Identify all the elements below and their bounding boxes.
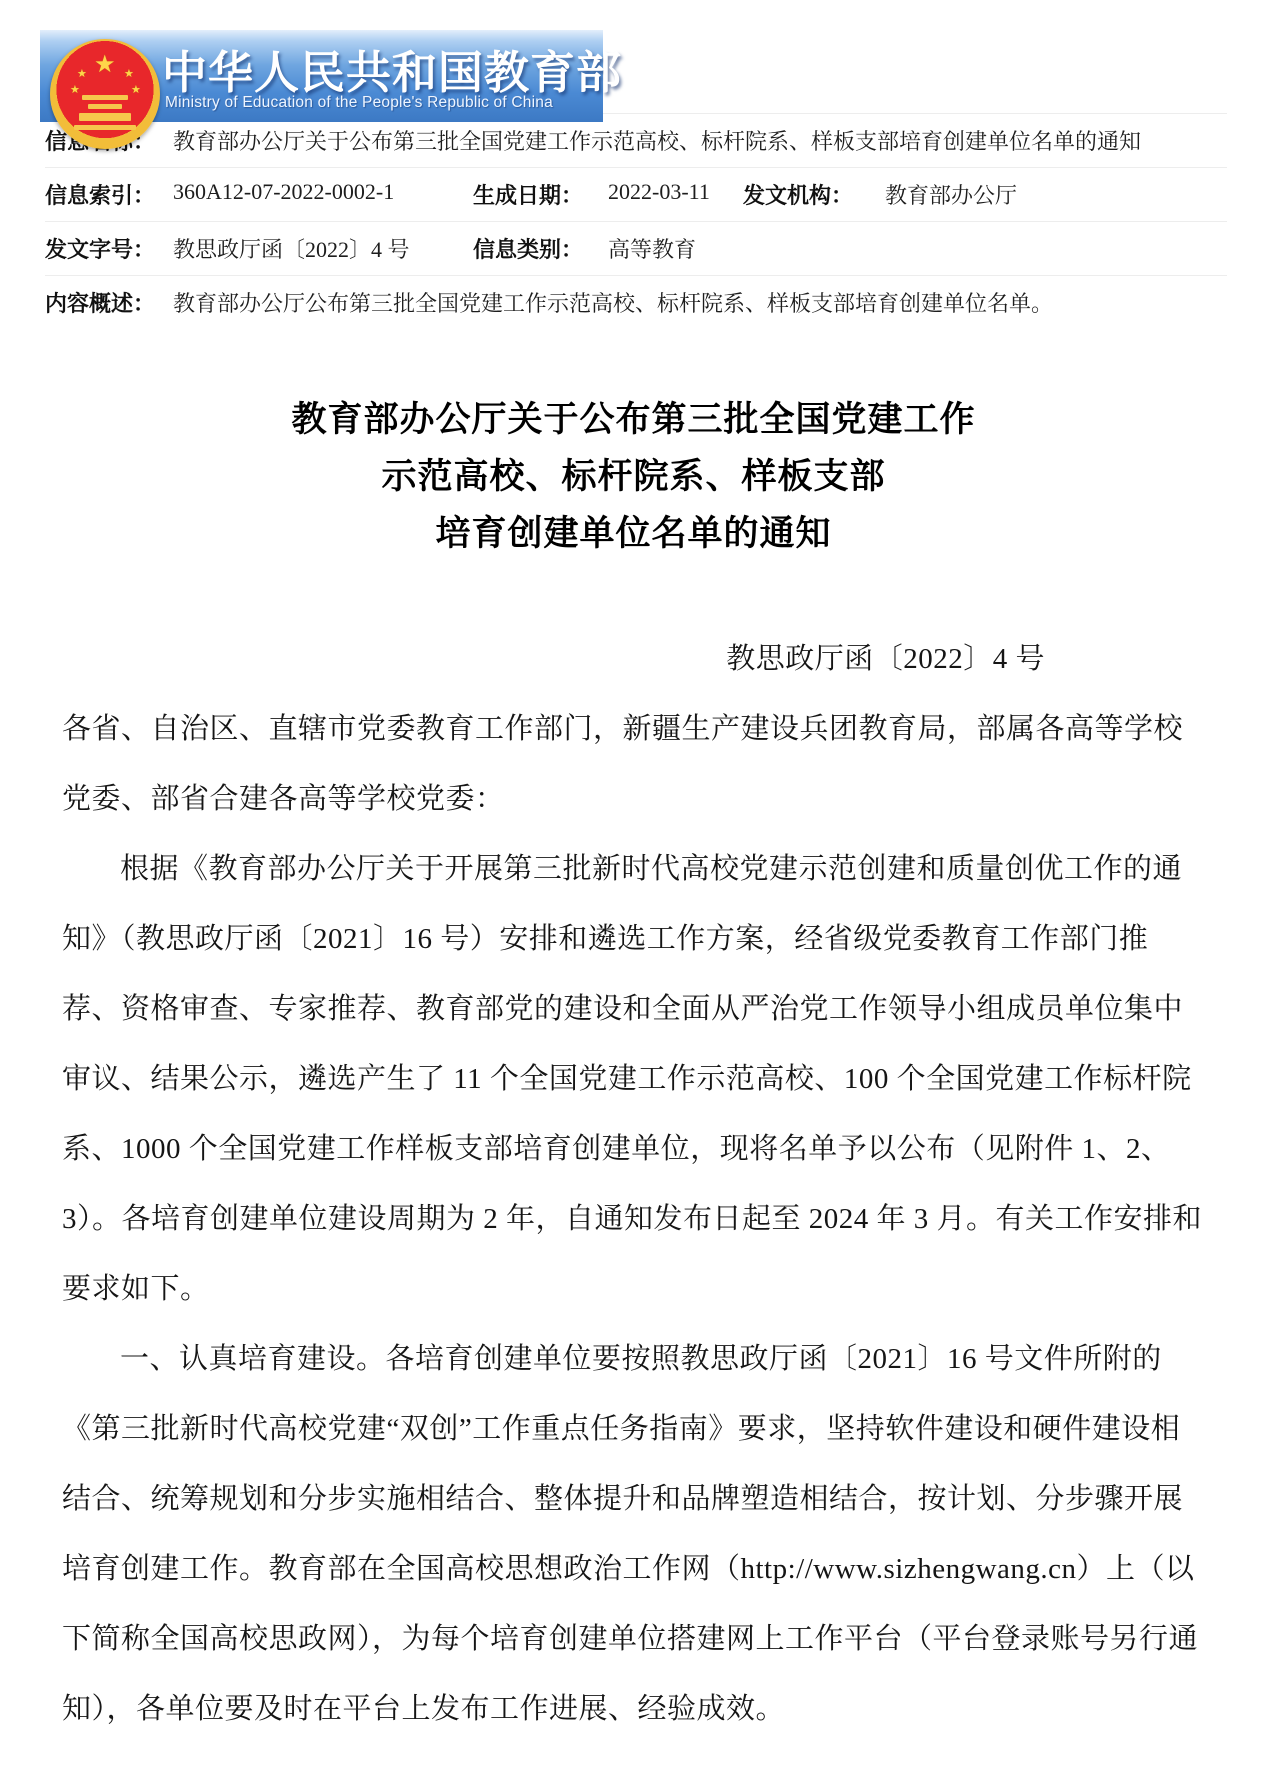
moe-document-page: ★ ★ ★ ★ ★ 中华人民共和国教育部 Ministry of Educati… [0, 0, 1267, 1774]
meta-index-label: 信息索引： [45, 168, 173, 221]
emblem-gate-icon [82, 95, 128, 100]
meta-summary-label: 内容概述： [45, 276, 173, 329]
meta-date-value: 2022-03-11 [608, 168, 743, 221]
document-number: 教思政厅函〔2022〕4 号 [62, 624, 1205, 694]
meta-docno-label: 发文字号： [45, 222, 173, 275]
document-title-line2: 示范高校、标杆院系、样板支部 [0, 448, 1267, 505]
meta-index-value: 360A12-07-2022-0002-1 [173, 168, 473, 221]
emblem-gate-icon [79, 113, 131, 121]
site-header-banner: ★ ★ ★ ★ ★ 中华人民共和国教育部 Ministry of Educati… [40, 30, 603, 122]
document-title-line3: 培育创建单位名单的通知 [0, 505, 1267, 562]
meta-org-value: 教育部办公厅 [885, 168, 1227, 221]
china-national-emblem-icon: ★ ★ ★ ★ ★ [50, 39, 160, 149]
meta-docno-value: 教思政厅函〔2022〕4 号 [173, 222, 473, 275]
body-paragraph-2: 一、认真培育建设。各培育创建单位要按照教思政厅函〔2021〕16 号文件所附的《… [62, 1324, 1205, 1744]
meta-date-label: 生成日期： [473, 168, 608, 221]
meta-category-value: 高等教育 [608, 222, 1227, 275]
meta-summary-value: 教育部办公厅公布第三批全国党建工作示范高校、标杆院系、样板支部培育创建单位名单。 [173, 276, 1227, 329]
body-paragraph-1: 根据《教育部办公厅关于开展第三批新时代高校党建示范创建和质量创优工作的通知》（教… [62, 834, 1205, 1324]
ministry-title-cn: 中华人民共和国教育部 [162, 36, 622, 101]
emblem-small-star-icon: ★ [124, 69, 134, 80]
document-title: 教育部办公厅关于公布第三批全国党建工作 示范高校、标杆院系、样板支部 培育创建单… [0, 391, 1267, 562]
ministry-subtitle-en: Ministry of Education of the People's Re… [165, 94, 553, 112]
document-body: 教思政厅函〔2022〕4 号 各省、自治区、直辖市党委教育工作部门，新疆生产建设… [62, 624, 1205, 1744]
document-title-line1: 教育部办公厅关于公布第三批全国党建工作 [0, 391, 1267, 448]
emblem-big-star-icon: ★ [94, 53, 116, 77]
salutation: 各省、自治区、直辖市党委教育工作部门，新疆生产建设兵团教育局，部属各高等学校党委… [62, 694, 1205, 834]
document-meta-table: 信息名称： 教育部办公厅关于公布第三批全国党建工作示范高校、标杆院系、样板支部培… [45, 113, 1227, 329]
meta-org-label: 发文机构： [743, 168, 885, 221]
emblem-small-star-icon: ★ [70, 85, 80, 96]
emblem-gate-icon [88, 104, 122, 109]
emblem-small-star-icon: ★ [77, 69, 87, 80]
meta-category-label: 信息类别： [473, 222, 608, 275]
emblem-gate-icon [74, 125, 136, 130]
emblem-small-star-icon: ★ [131, 85, 141, 96]
